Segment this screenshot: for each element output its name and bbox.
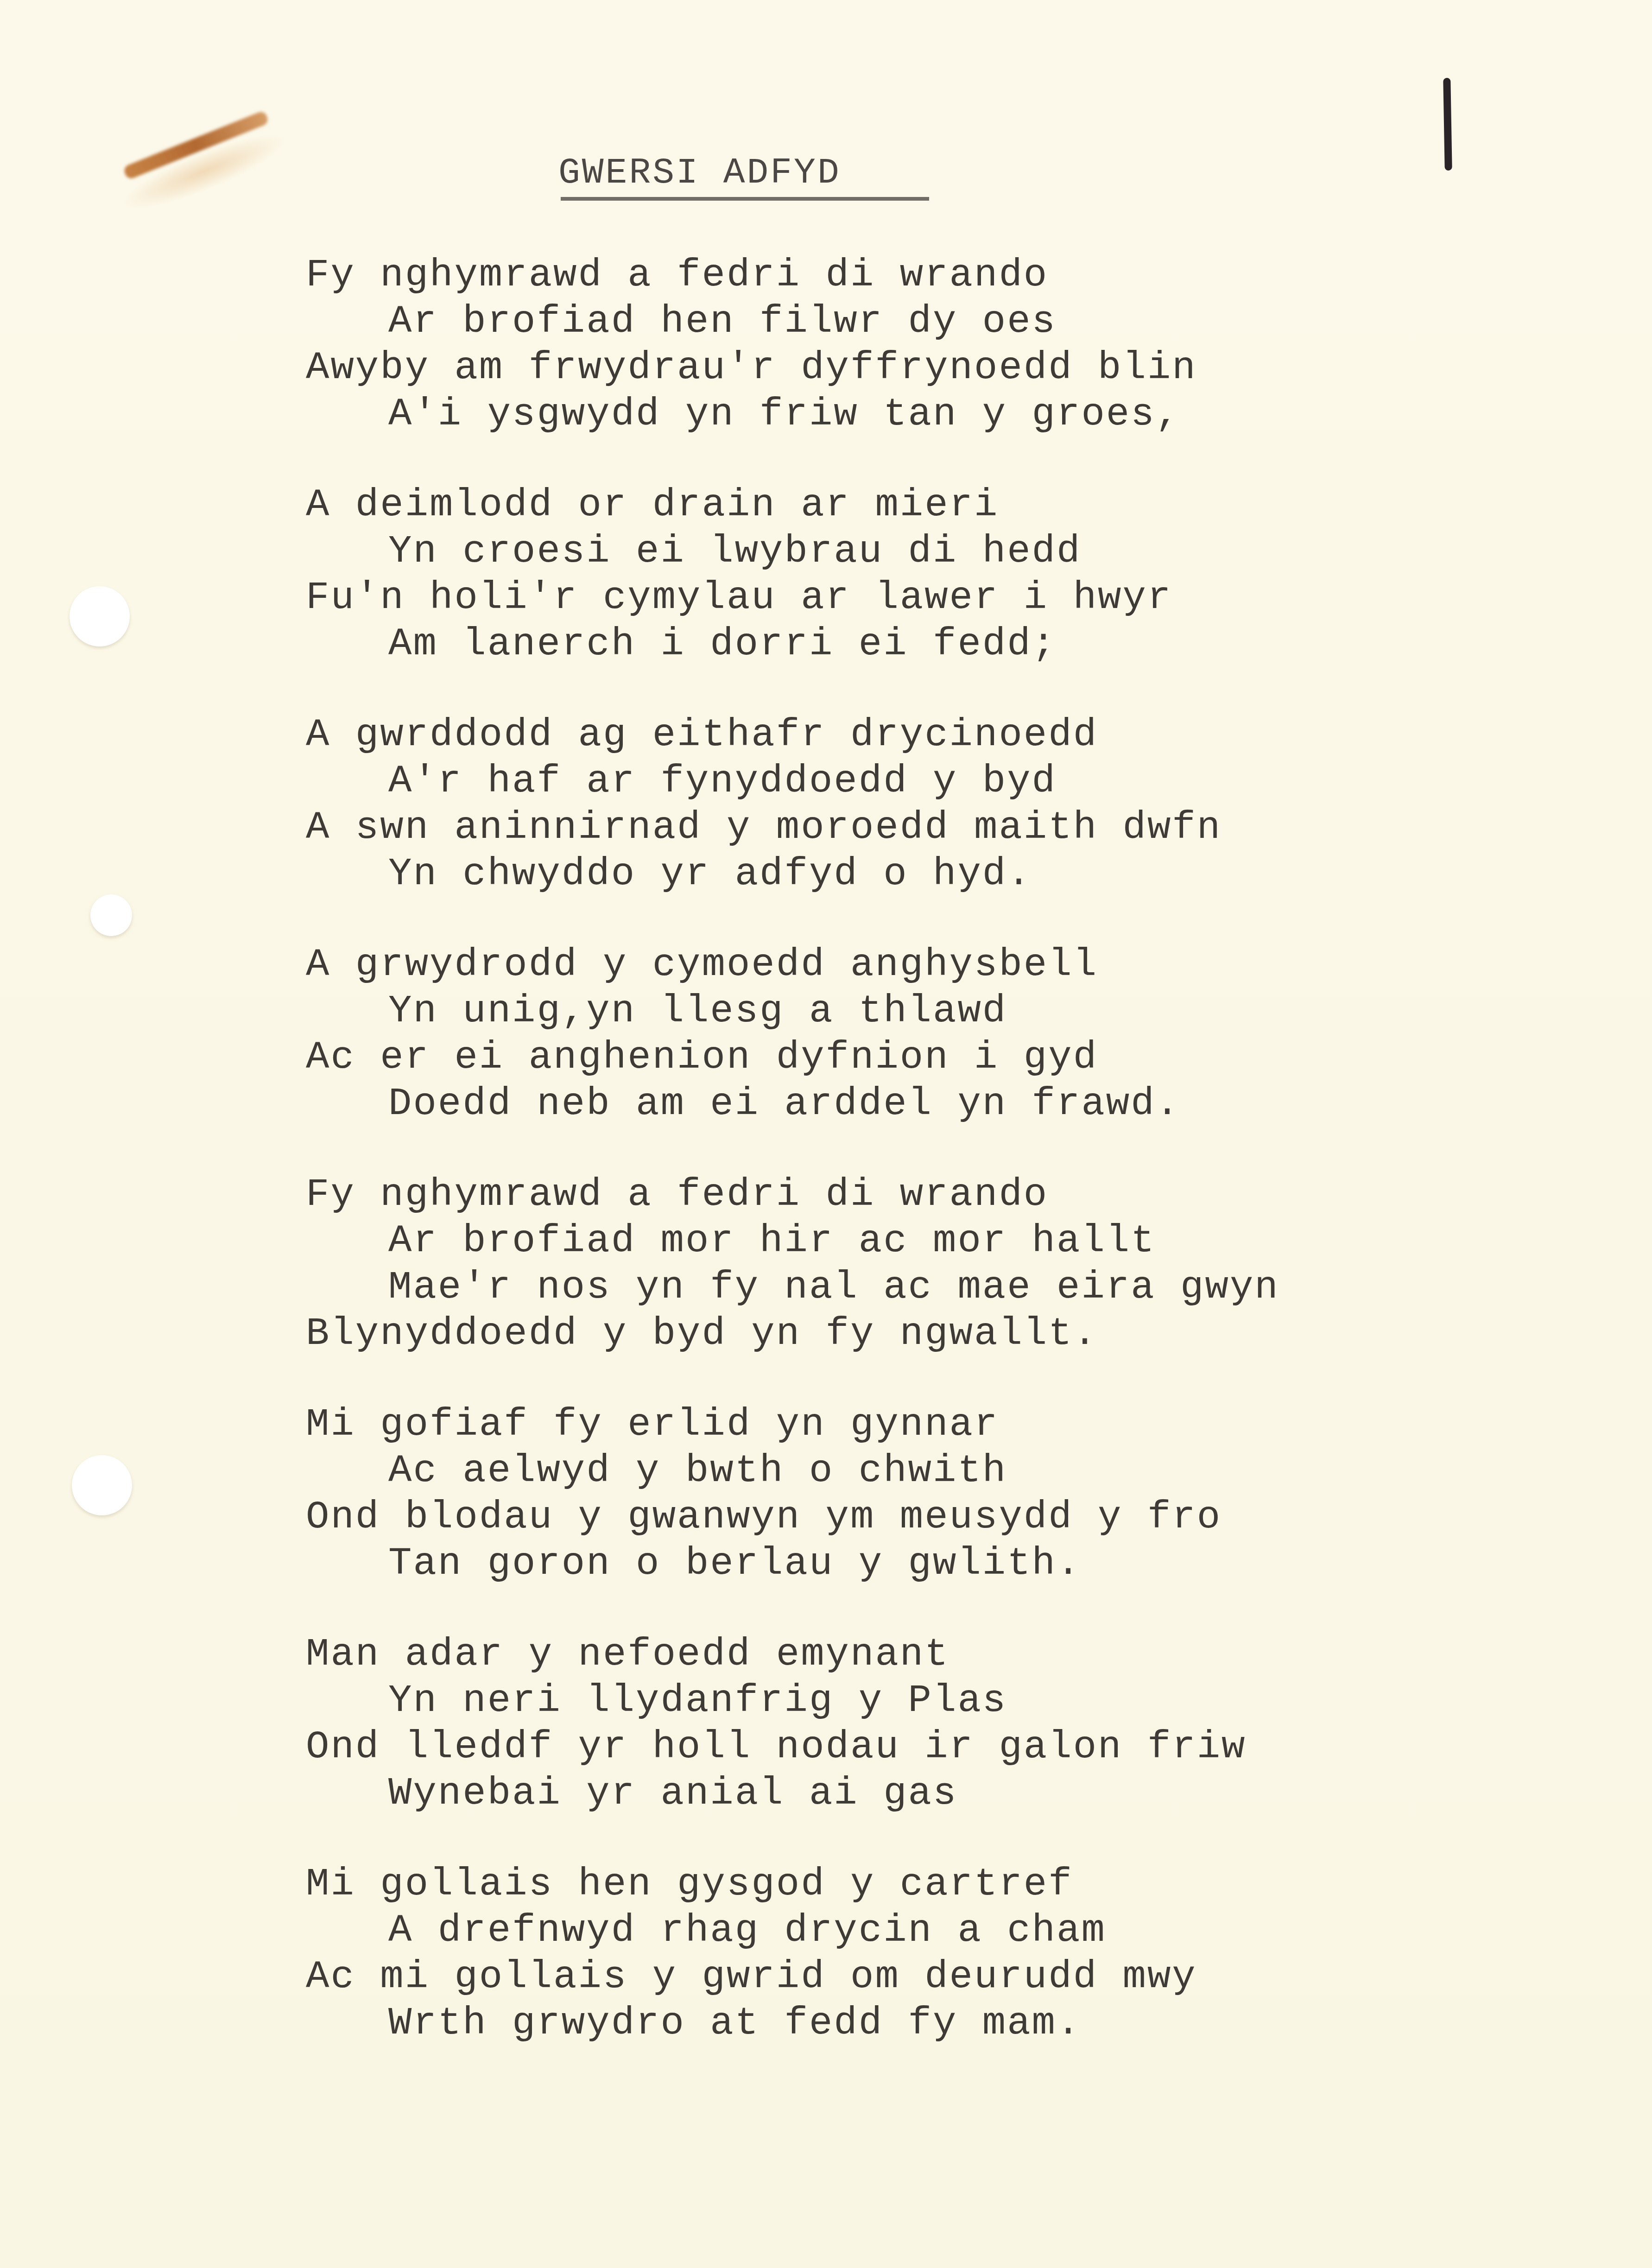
poem-line: Doedd neb am ei arddel yn frawd. (306, 1081, 1557, 1128)
poem-line: Ar brofiad mor hir ac mor hallt (306, 1218, 1557, 1265)
poem-line: Mi gollais hen gysgod y cartref (306, 1862, 1557, 1908)
poem-line: A drefnwyd rhag drycin a cham (306, 1908, 1557, 1954)
stanza: Man adar y nefoedd emynantYn neri llydan… (306, 1632, 1557, 1817)
poem-line: Yn croesi ei lwybrau di hedd (306, 529, 1557, 575)
poem-body: Fy nghymrawd a fedri di wrandoAr brofiad… (306, 253, 1557, 2091)
poem-line: Wrth grwydro at fedd fy mam. (306, 2001, 1557, 2047)
poem-line: A'i ysgwydd yn friw tan y groes, (306, 392, 1557, 438)
poem-line: Wynebai yr anial ai gas (306, 1771, 1557, 1817)
poem-line: Yn neri llydanfrig y Plas (306, 1678, 1557, 1724)
poem-line: A deimlodd or drain ar mieri (306, 482, 1557, 529)
stanza: A grwydrodd y cymoedd anghysbellYn unig,… (306, 942, 1557, 1128)
page-number-mark (1443, 78, 1452, 171)
stanza: Fy nghymrawd a fedri di wrandoAr brofiad… (306, 253, 1557, 438)
typed-page: GWERSI ADFYD Fy nghymrawd a fedri di wra… (0, 0, 1652, 2268)
poem-line: Fy nghymrawd a fedri di wrando (306, 1172, 1557, 1218)
poem-line: Fy nghymrawd a fedri di wrando (306, 253, 1557, 299)
poem-line: Am lanerch i dorri ei fedd; (306, 621, 1557, 668)
poem-line: Fu'n holi'r cymylau ar lawer i hwyr (306, 575, 1557, 621)
stanza: A gwrddodd ag eithafr drycinoeddA'r haf … (306, 712, 1557, 898)
stanza: Mi gollais hen gysgod y cartrefA drefnwy… (306, 1862, 1557, 2047)
poem-line: Tan goron o berlau y gwlith. (306, 1541, 1557, 1587)
poem-line: Yn unig,yn llesg a thlawd (306, 988, 1557, 1035)
poem-title: GWERSI ADFYD (558, 153, 841, 194)
poem-line: Ac er ei anghenion dyfnion i gyd (306, 1035, 1557, 1081)
stanza: A deimlodd or drain ar mieriYn croesi ei… (306, 482, 1557, 668)
title-underline (561, 197, 929, 201)
poem-line: Blynyddoedd y byd yn fy ngwallt. (306, 1311, 1557, 1357)
punch-hole (72, 1455, 132, 1515)
stanza: Mi gofiaf fy erlid yn gynnarAc aelwyd y … (306, 1402, 1557, 1587)
poem-line: Awyby am frwydrau'r dyffrynoedd blin (306, 345, 1557, 392)
punch-hole (70, 586, 130, 646)
poem-line: A grwydrodd y cymoedd anghysbell (306, 942, 1557, 988)
poem-line: Ond lleddf yr holl nodau ir galon friw (306, 1724, 1557, 1771)
stanza: Fy nghymrawd a fedri di wrandoAr brofiad… (306, 1172, 1557, 1357)
poem-line: A swn aninnirnad y moroedd maith dwfn (306, 805, 1557, 851)
poem-line: Ond blodau y gwanwyn ym meusydd y fro (306, 1495, 1557, 1541)
poem-line: Ac aelwyd y bwth o chwith (306, 1448, 1557, 1495)
punch-hole (90, 894, 132, 936)
poem-line: A gwrddodd ag eithafr drycinoedd (306, 712, 1557, 759)
poem-line: Mi gofiaf fy erlid yn gynnar (306, 1402, 1557, 1448)
poem-line: A'r haf ar fynyddoedd y byd (306, 759, 1557, 805)
poem-line: Man adar y nefoedd emynant (306, 1632, 1557, 1678)
poem-line: Mae'r nos yn fy nal ac mae eira gwyn (306, 1265, 1557, 1311)
poem-line: Yn chwyddo yr adfyd o hyd. (306, 851, 1557, 898)
poem-line: Ac mi gollais y gwrid om deurudd mwy (306, 1954, 1557, 2001)
poem-line: Ar brofiad hen filwr dy oes (306, 299, 1557, 345)
